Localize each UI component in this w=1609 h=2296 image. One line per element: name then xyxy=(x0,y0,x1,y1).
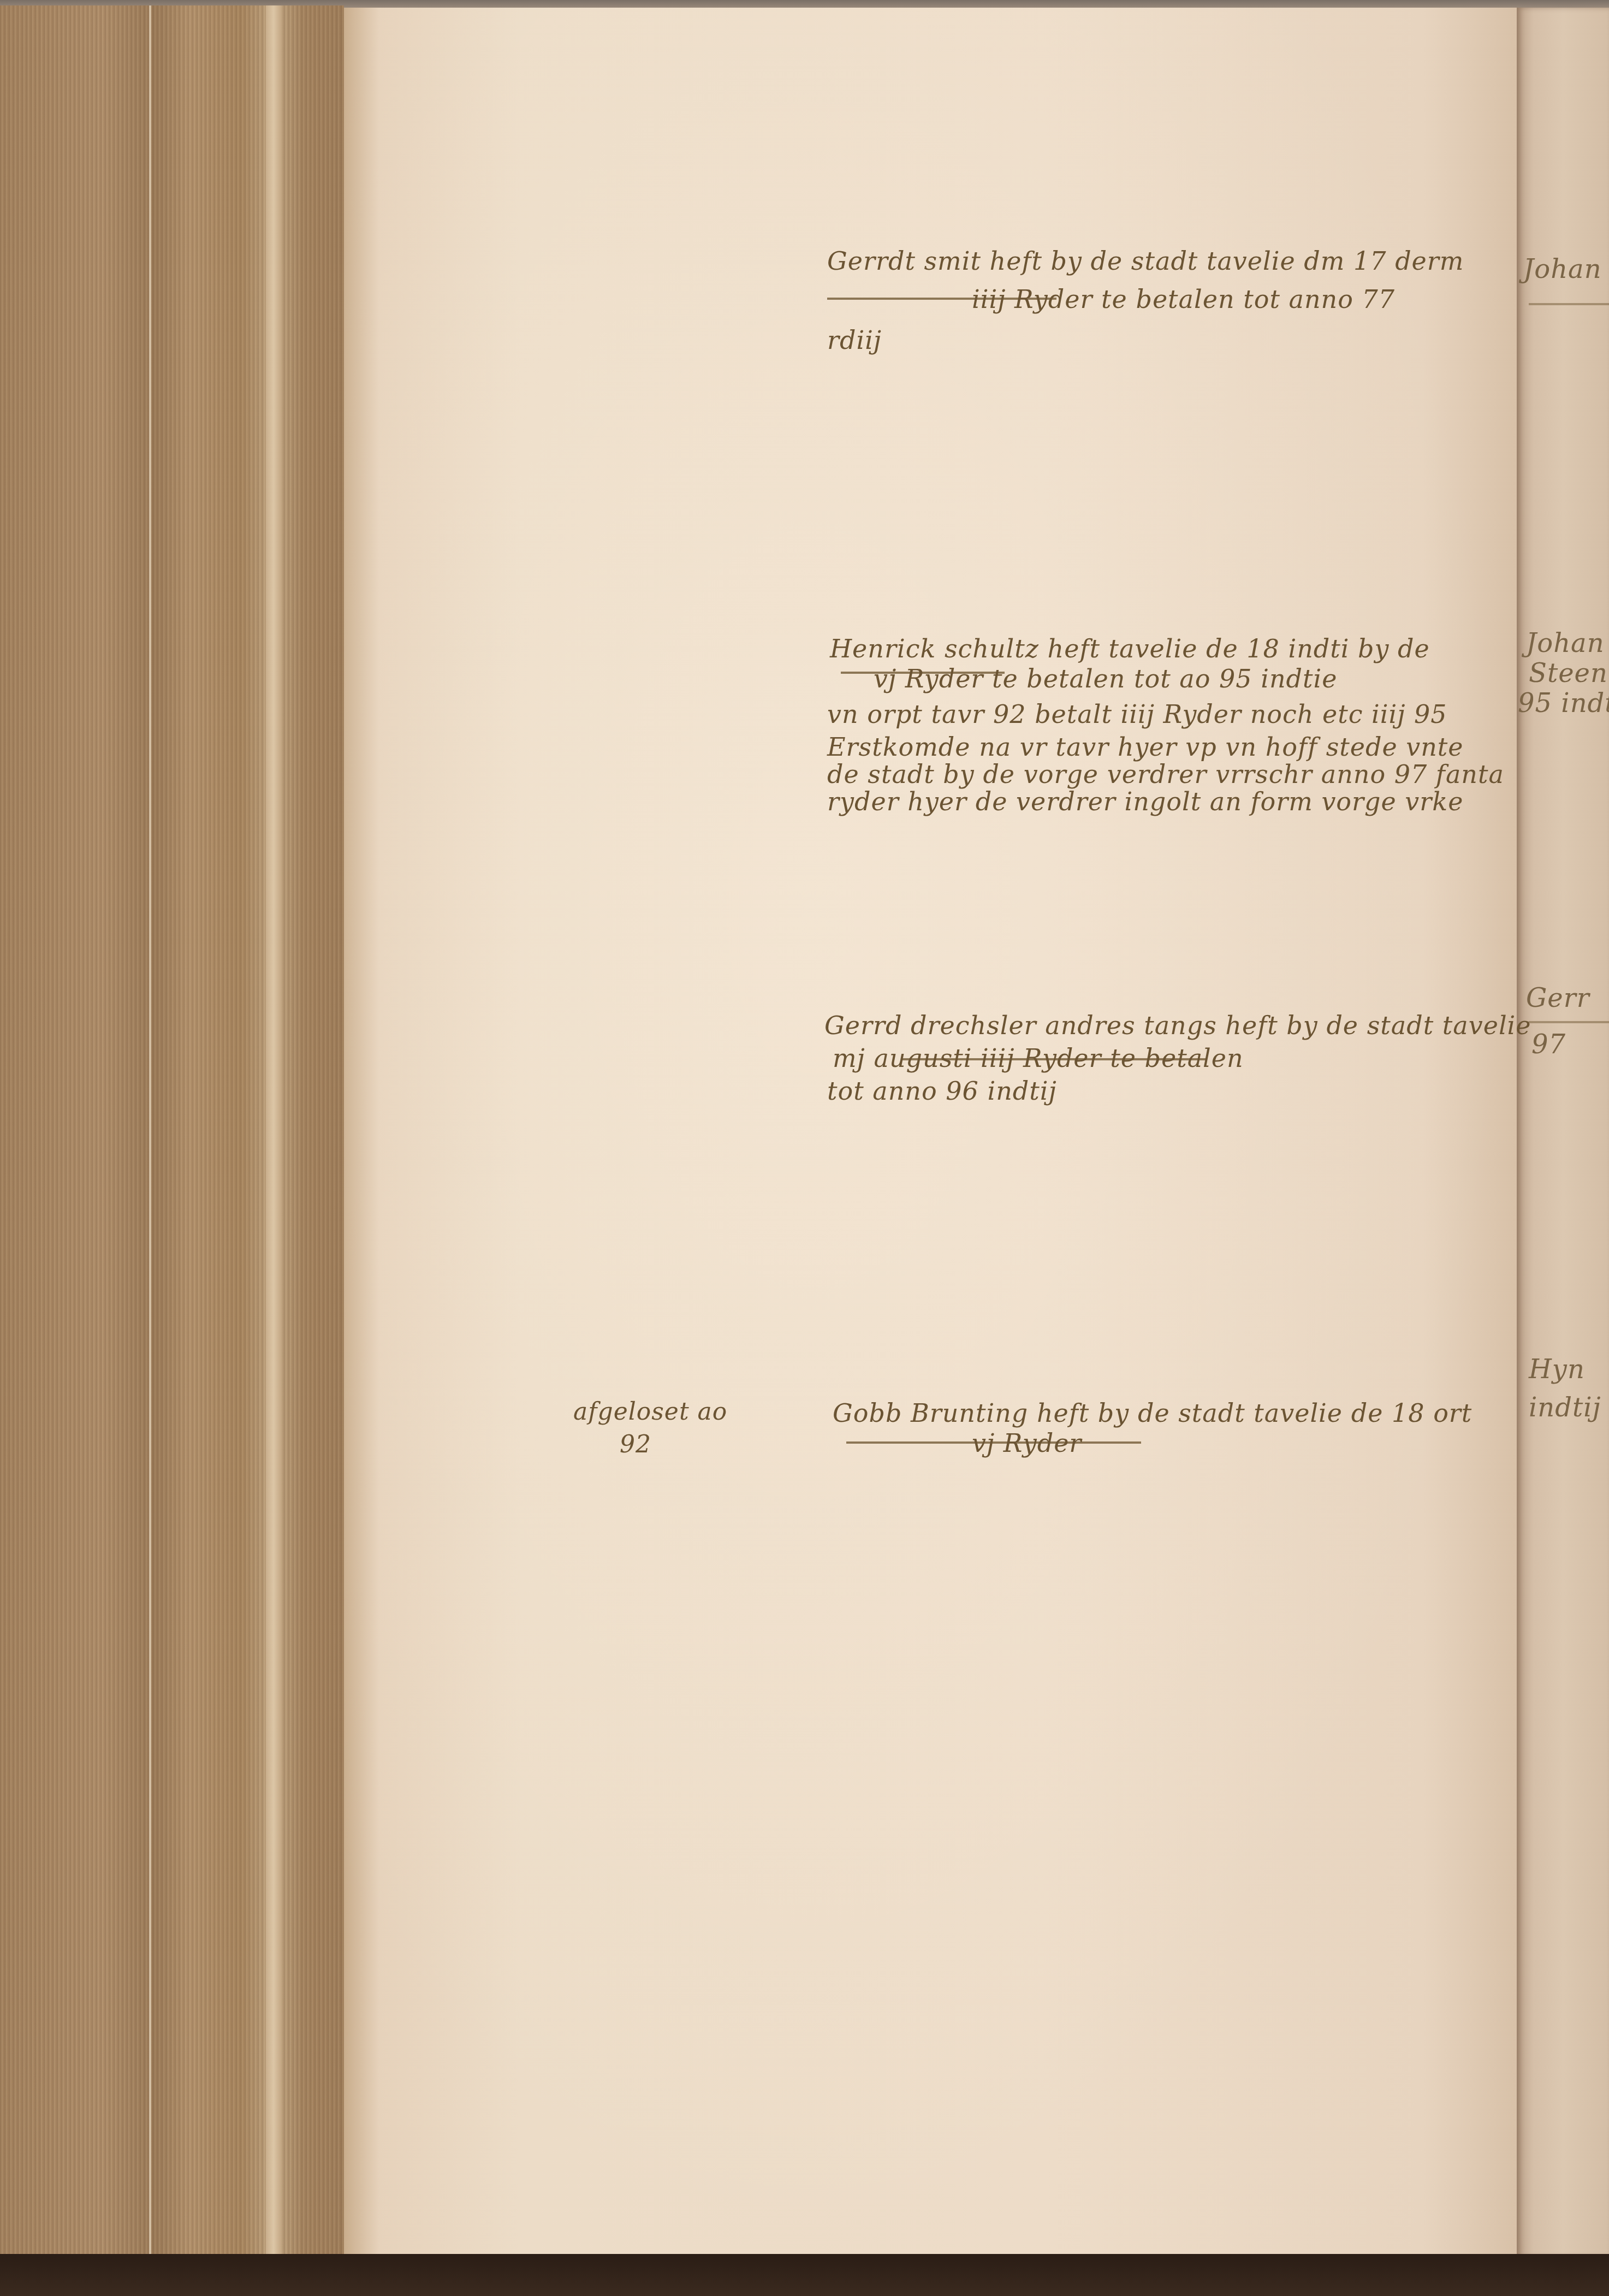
entry-1-line-1: Gerrdt smit heft by de stadt tavelie dm … xyxy=(827,248,1464,274)
entry-3-line-2: mj augusti iiij Ryder te betalen xyxy=(833,1046,1244,1071)
facing-line-6: 97 xyxy=(1531,1029,1566,1060)
bottom-edge-shadow xyxy=(0,2254,1609,2296)
entry-4-line-1: Gobb Brunting heft by de stadt tavelie d… xyxy=(833,1401,1472,1426)
entry-2-line-2: vj Ryder te betalen tot ao 95 indtie xyxy=(874,666,1337,691)
page-stack-gap xyxy=(266,5,281,2258)
entry-2-line-3: vn orpt tavr 92 betalt iiij Ryder noch e… xyxy=(827,702,1447,727)
fore-edge-page-stack xyxy=(0,5,344,2258)
entry-2-line-5: de stadt by de vorge verdrer vrrschr ann… xyxy=(827,762,1504,787)
entry-1-line-2: iiij Ryder te betalen tot anno 77 xyxy=(972,287,1395,312)
entry-1-line-3: rdiij xyxy=(827,328,882,353)
facing-line-3: Steenb xyxy=(1529,658,1609,689)
facing-line-4: 95 indti xyxy=(1518,688,1609,719)
facing-rule xyxy=(1529,303,1609,305)
entry-4-line-2: vj Ryder xyxy=(972,1431,1082,1456)
facing-line-7: Hyn xyxy=(1529,1354,1585,1385)
entry-2-line-1: Henrick schultz heft tavelie de 18 indti… xyxy=(830,636,1430,661)
manuscript-left-page xyxy=(344,8,1517,2257)
facing-line-2: Johan xyxy=(1526,628,1605,658)
facing-line-1: Johan xyxy=(1523,254,1602,284)
entry-2-line-6: ryder hyer de verdrer ingolt an form vor… xyxy=(827,789,1463,814)
margin-note-line-1: afgeloset ao xyxy=(573,1398,727,1426)
entry-2-line-4: Erstkomde na vr tavr hyer vp vn hoff ste… xyxy=(827,734,1464,760)
margin-note-line-2: 92 xyxy=(620,1431,651,1458)
entry-3-line-1: Gerrd drechsler andres tangs heft by de … xyxy=(824,1013,1531,1038)
manuscript-right-page-fragment xyxy=(1517,8,1609,2257)
facing-rule xyxy=(1529,1021,1609,1023)
page-stack-gap xyxy=(149,5,151,2258)
facing-line-5: Gerr xyxy=(1526,983,1590,1013)
facing-line-8: indtij xyxy=(1529,1392,1601,1423)
entry-3-line-3: tot anno 96 indtij xyxy=(827,1078,1057,1103)
